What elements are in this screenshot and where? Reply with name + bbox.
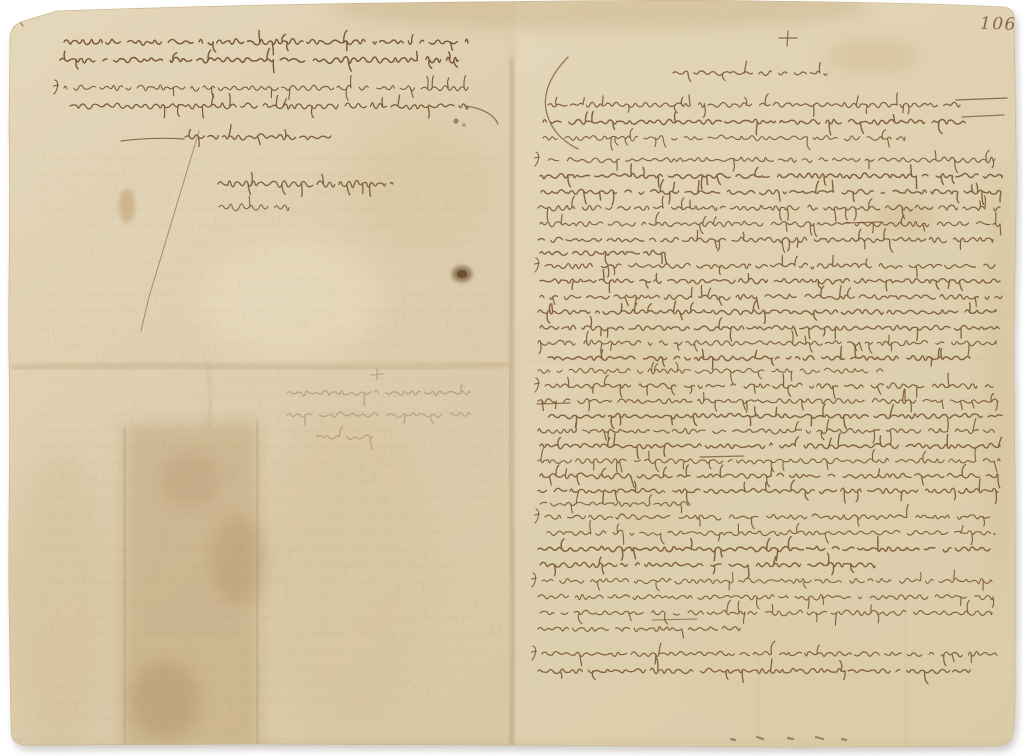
manuscript-svg: 106 xyxy=(0,0,1023,756)
stain-right-4 xyxy=(703,626,853,710)
fold-crease-left-1 xyxy=(124,428,125,746)
manuscript-scan: 106 xyxy=(0,0,1023,756)
stain-right-edge xyxy=(984,170,1016,590)
stain-right-1 xyxy=(875,201,935,233)
stain-band-blob-1 xyxy=(130,660,200,740)
stain-right-2 xyxy=(824,38,920,74)
ink-dot-2 xyxy=(462,123,466,127)
fold-crease-right-2 xyxy=(758,655,759,747)
ink-dot-1 xyxy=(453,118,458,123)
stain-small-left xyxy=(119,189,135,223)
highlight-left-mid xyxy=(200,240,380,360)
fold-crease-right-1 xyxy=(905,600,906,747)
folio-number: 106 xyxy=(980,14,1018,35)
